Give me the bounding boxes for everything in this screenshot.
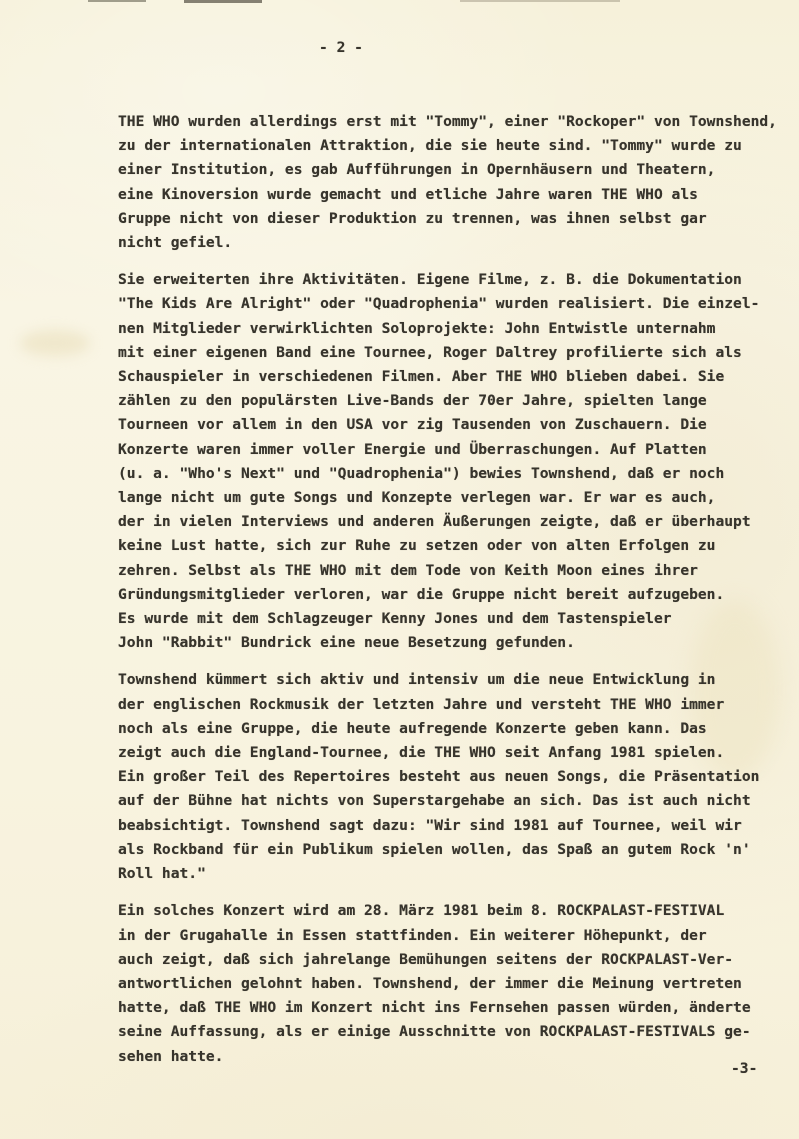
scan-edge-artifact [88,0,146,2]
body-text: THE WHO wurden allerdings erst mit "Tomm… [118,110,798,1069]
paragraph-aktivitaeten-soloprojekte: Sie erweiterten ihre Aktivitäten. Eigene… [118,268,798,655]
paragraph-rockpalast-festival: Ein solches Konzert wird am 28. März 198… [118,899,798,1068]
paragraph-townshend-england-tournee: Townshend kümmert sich aktiv und intensi… [118,668,798,886]
document-page: - 2 - THE WHO wurden allerdings erst mit… [0,0,799,1139]
page-number-header: - 2 - [319,36,363,60]
scan-edge-artifact [184,0,262,3]
paper-stain [20,330,90,356]
paragraph-tommy-rockoper: THE WHO wurden allerdings erst mit "Tomm… [118,110,798,255]
page-number-footer: -3- [731,1057,757,1081]
scan-edge-artifact [460,0,620,2]
